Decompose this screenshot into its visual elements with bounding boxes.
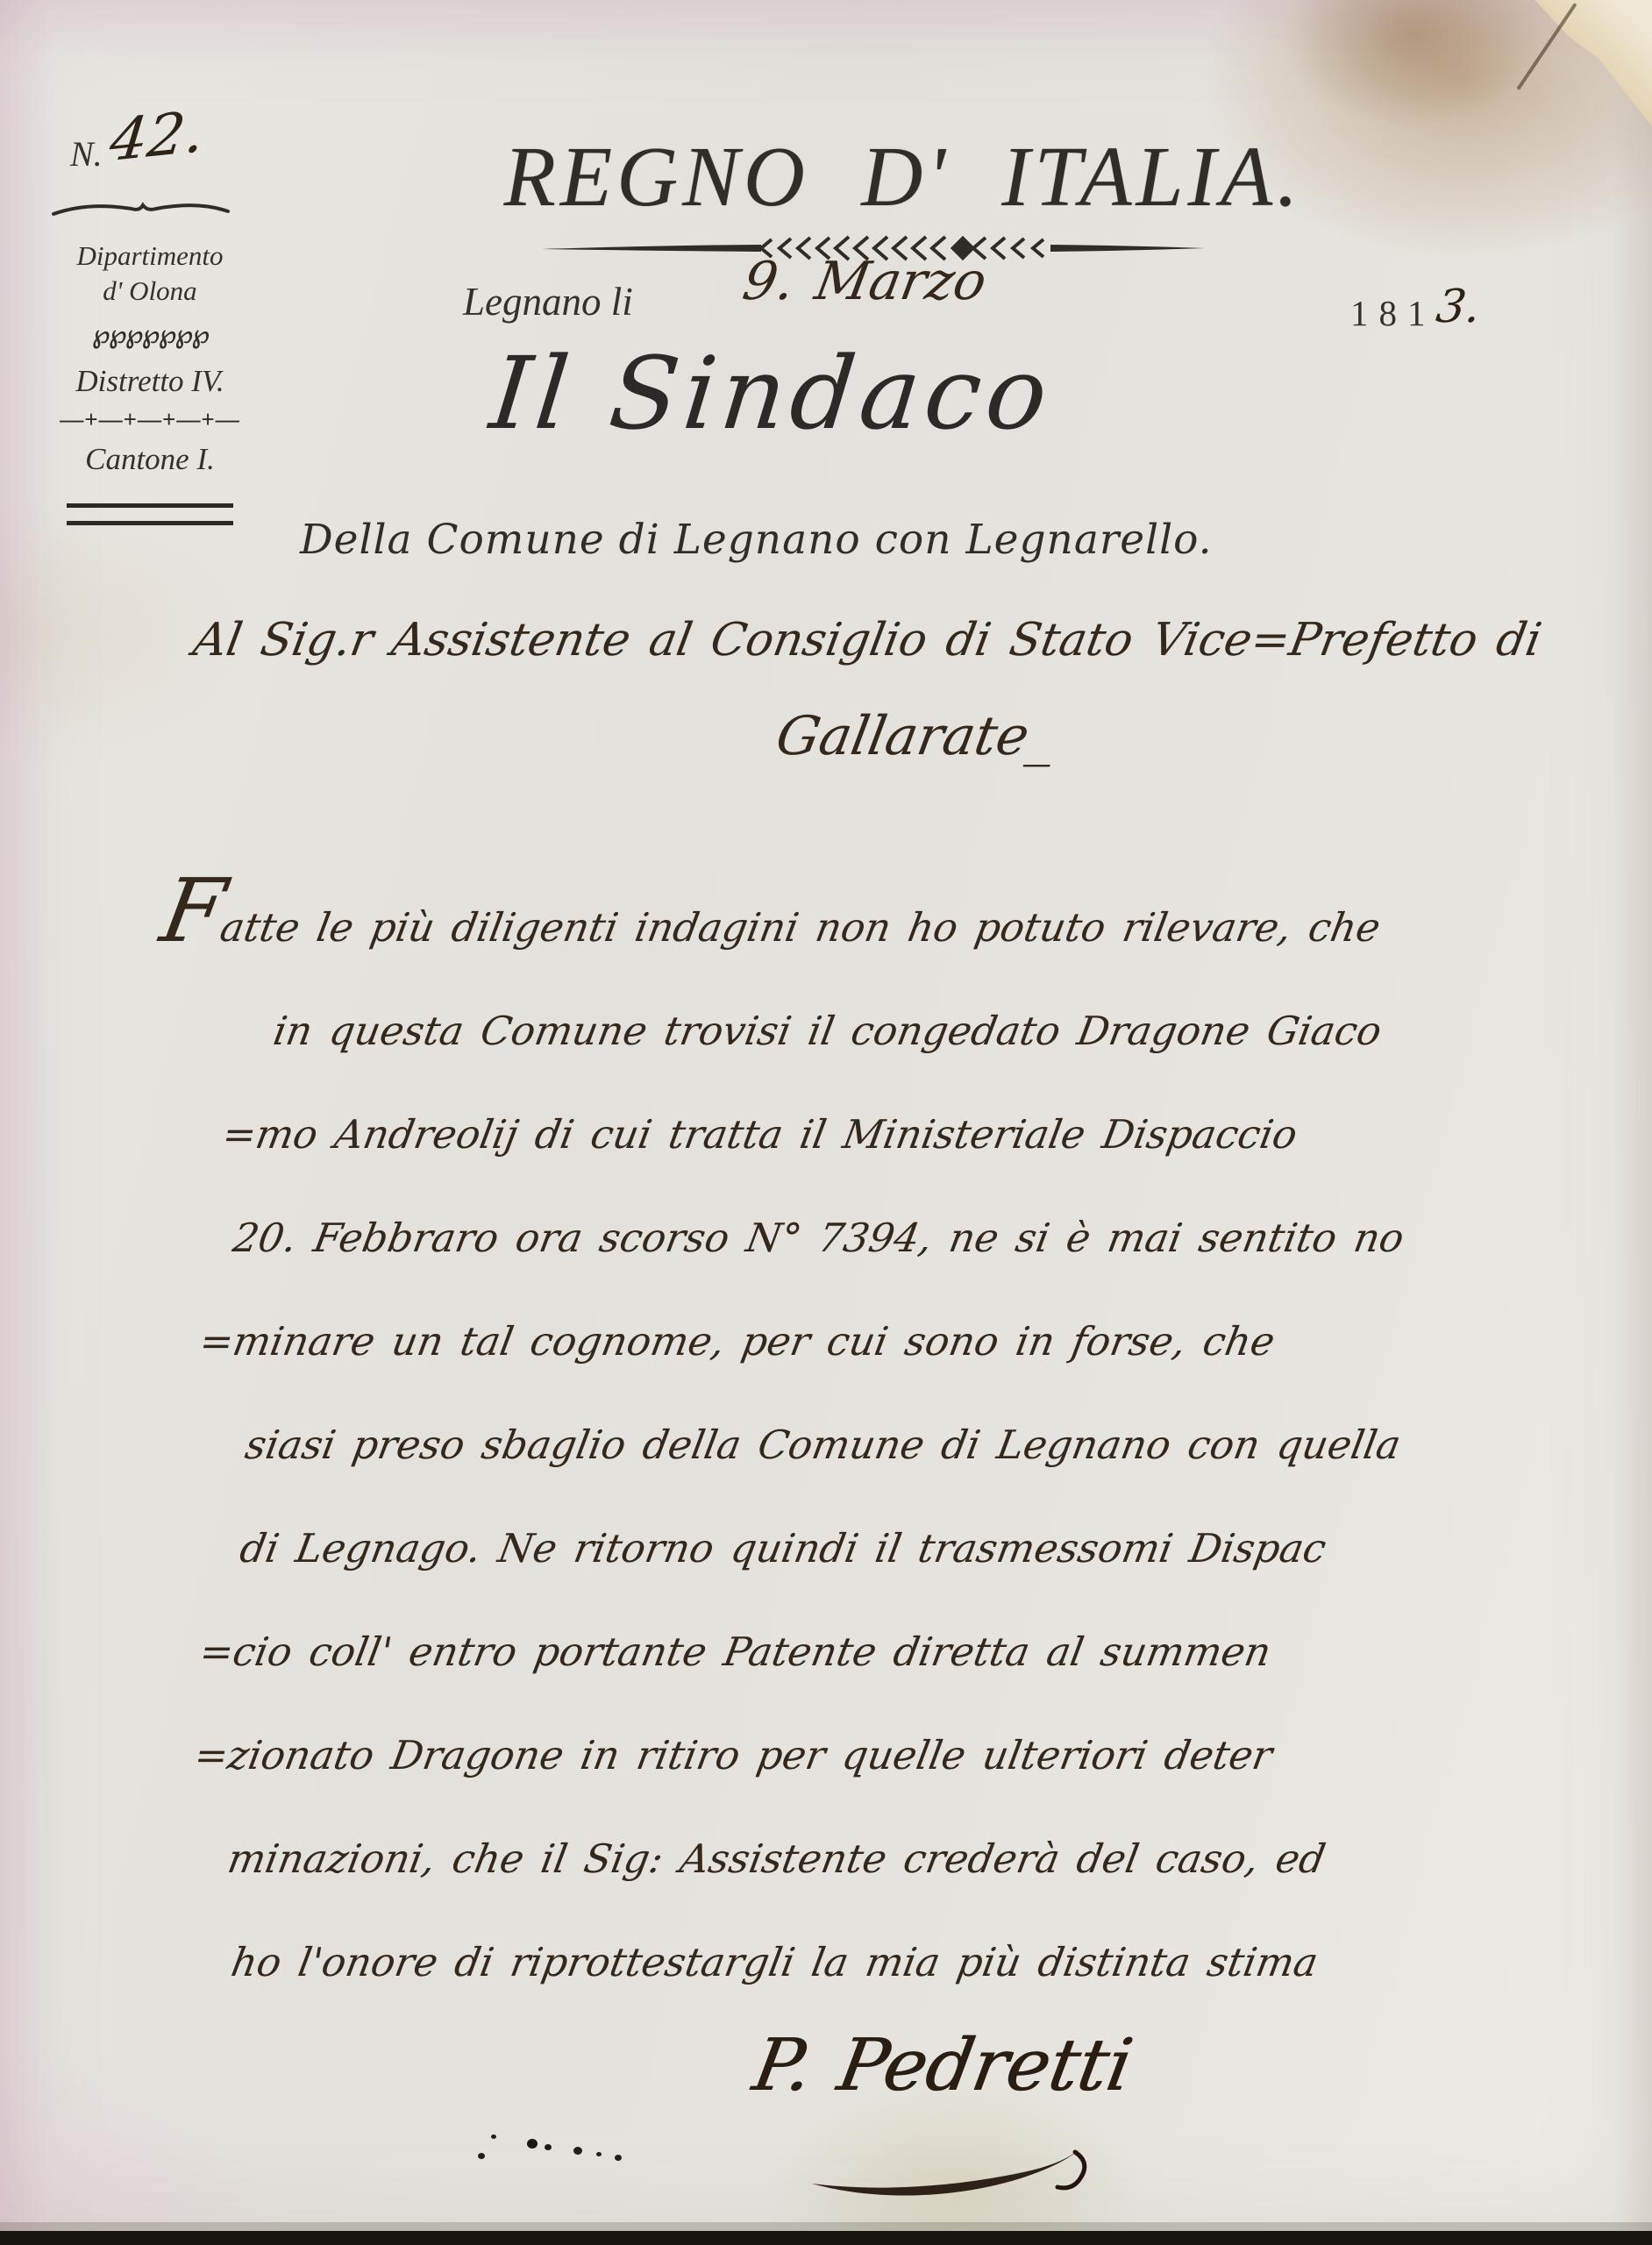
office-subtitle: Della Comune di Legnano con Legnarello.: [300, 516, 1213, 564]
scroll-ornament: ℘℘℘℘℘℘℘: [40, 319, 260, 350]
document-number-value: 42.: [106, 97, 207, 175]
signature-flourish: [807, 2147, 1096, 2208]
scan-edge-haze: [0, 2222, 1652, 2231]
kingdom-title: REGNO D' ITALIA.: [351, 128, 1456, 225]
recipient-line2: Gallarate_: [772, 705, 1061, 767]
double-rule-ornament: [67, 503, 233, 525]
letter-body: Fatte le più diligenti indagini non ho p…: [151, 859, 1571, 2014]
place-date-label: Legnano li: [463, 279, 633, 324]
scan-edge-bar: [0, 2231, 1652, 2245]
body-line: =mo Andreolij di cui tratta il Ministeri…: [151, 1083, 1590, 1187]
tear-crease: [1516, 3, 1577, 90]
body-line: minazioni, che il Sig: Assistente creder…: [151, 1807, 1590, 1911]
body-line: =zionato Dragone in ritiro per quelle ul…: [151, 1704, 1590, 1807]
signature-name: P. Pedretti: [747, 2024, 1138, 2107]
body-line: 20. Febbraro ora scorso N° 7394, ne si è…: [151, 1187, 1590, 1290]
body-line: Fatte le più diligenti indagini non ho p…: [151, 859, 1592, 980]
department-line1: Dipartimento: [40, 239, 260, 274]
brace-ornament-icon: [51, 198, 231, 219]
department-line2: d' Olona: [40, 274, 260, 309]
year: 1813.: [1350, 284, 1479, 337]
department-name: Dipartimento d' Olona: [40, 239, 260, 309]
canton-name: Cantone I.: [40, 442, 260, 477]
brace-ornament: [51, 198, 260, 219]
body-line: ho l'onore di riprottestargli la mia più…: [151, 1911, 1590, 2014]
letterhead-column: N. 42. Dipartimento d' Olona ℘℘℘℘℘℘℘ Dis…: [40, 112, 260, 525]
body-line: di Legnago. Ne ritorno quindi il trasmes…: [151, 1497, 1590, 1600]
year-printed-digits: 181: [1350, 293, 1436, 333]
torn-paper-corner: [1450, 0, 1652, 175]
body-line: in questa Comune trovisi il congedato Dr…: [151, 980, 1590, 1083]
cross-ornament: —+—+—+—+—: [40, 406, 260, 433]
ink-dots: [491, 2135, 496, 2139]
body-line: siasi preso sbaglio della Comune di Legn…: [151, 1393, 1590, 1497]
document-number-label: N.: [70, 134, 103, 174]
letter-page: N. 42. Dipartimento d' Olona ℘℘℘℘℘℘℘ Dis…: [0, 0, 1652, 2245]
year-handwritten-digit: 3.: [1433, 281, 1484, 333]
document-number: N. 42.: [70, 112, 260, 196]
signature-flourish-icon: [807, 2147, 1096, 2208]
handwritten-day-month: 9. Marzo: [738, 251, 991, 312]
body-line: =cio coll' entro portante Patente dirett…: [151, 1600, 1590, 1704]
office-title: Il Sindaco: [467, 335, 1076, 452]
recipient-line1: Al Sig.r Assistente al Consiglio di Stat…: [189, 614, 1545, 666]
body-line: =minare un tal cognome, per cui sono in …: [151, 1290, 1590, 1393]
district-name: Distretto IV.: [40, 364, 260, 399]
